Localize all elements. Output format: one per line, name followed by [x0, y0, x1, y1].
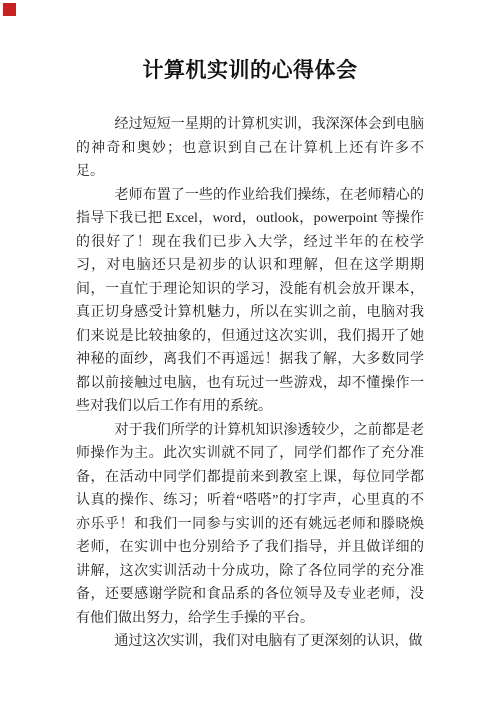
paragraph: 对于我们所学的计算机知识渗透较少，之前都是老师操作为主。此次实训就不同了，同学们… — [76, 419, 424, 631]
document-page: 计算机实训的心得体会 经过短短一星期的计算机实训，我深深体会到电脑的神奇和奥妙；… — [0, 0, 500, 707]
red-corner-marker — [3, 3, 16, 16]
paragraph: 通过这次实训，我们对电脑有了更深刻的认识，做 — [76, 630, 424, 654]
paragraph: 老师布置了一些的作业给我们操练，在老师精心的指导下我已把 Excel，word，… — [76, 184, 424, 419]
paragraph: 经过短短一星期的计算机实训，我深深体会到电脑的神奇和奥妙；也意识到自己在计算机上… — [76, 113, 424, 184]
document-title: 计算机实训的心得体会 — [0, 0, 500, 84]
document-body: 经过短短一星期的计算机实训，我深深体会到电脑的神奇和奥妙；也意识到自己在计算机上… — [76, 113, 424, 654]
